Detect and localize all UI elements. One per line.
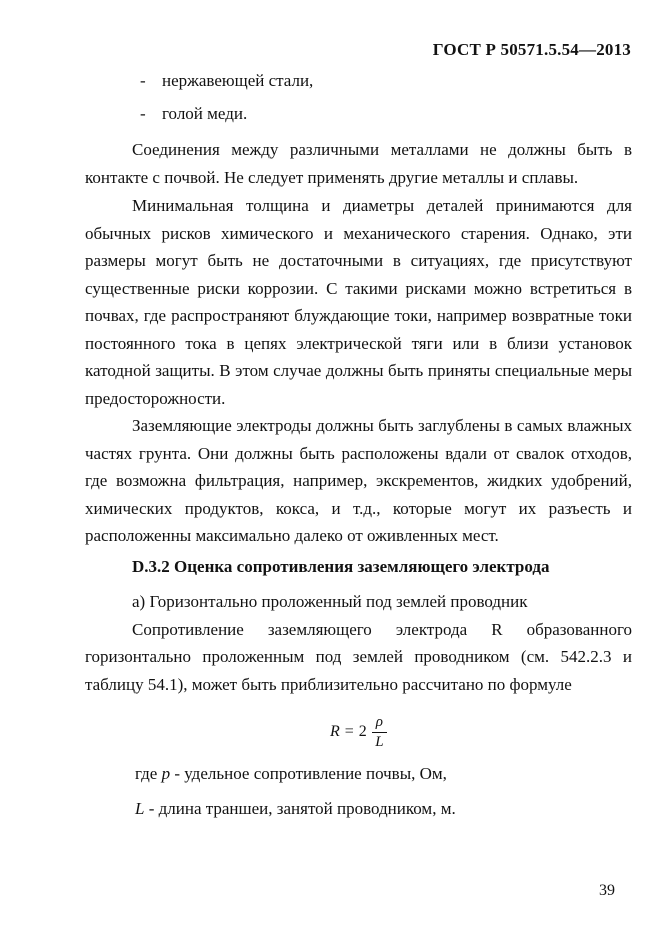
document-content: - нержавеющей стали, - голой меди. Соеди… bbox=[85, 67, 632, 822]
formula-resistance: R = 2 ρ L bbox=[85, 714, 632, 750]
formula-fraction: ρ L bbox=[372, 714, 387, 750]
paragraph-thickness: Минимальная толщина и диаметры деталей п… bbox=[85, 192, 632, 412]
definition-rho: где p - удельное сопротивление почвы, Ом… bbox=[85, 760, 632, 788]
formula-numerator: ρ bbox=[372, 714, 387, 733]
rho-symbol: p bbox=[162, 764, 171, 783]
document-header: ГОСТ Р 50571.5.54—2013 bbox=[0, 0, 661, 60]
list-item-dash: - bbox=[140, 67, 162, 95]
list-item-label: нержавеющей стали, bbox=[162, 67, 313, 95]
section-heading-d32: D.3.2 Оценка сопротивления заземляющего … bbox=[85, 553, 632, 581]
list-item-dash: - bbox=[140, 100, 162, 128]
formula-equals: = bbox=[345, 723, 354, 741]
list-item-label: голой меди. bbox=[162, 100, 247, 128]
definition-rho-text: - удельное сопротивление почвы, Ом, bbox=[170, 764, 447, 783]
formula-denominator: L bbox=[375, 733, 383, 751]
document-page: ГОСТ Р 50571.5.54—2013 - нержавеющей ста… bbox=[0, 0, 661, 935]
list-item-a: а) Горизонтально проложенный под землей … bbox=[85, 588, 632, 616]
formula-coefficient: 2 bbox=[359, 723, 367, 741]
page-number: 39 bbox=[599, 882, 615, 900]
formula-lhs: R bbox=[330, 723, 340, 741]
definition-length-text: - длина траншеи, занятой проводником, м. bbox=[144, 799, 455, 818]
definition-length: L - длина траншеи, занятой проводником, … bbox=[85, 795, 632, 823]
list-item: - нержавеющей стали, bbox=[85, 67, 632, 95]
paragraph-metals: Соединения между различными металлами не… bbox=[85, 136, 632, 191]
definition-prefix: где bbox=[135, 764, 162, 783]
list-item: - голой меди. bbox=[85, 100, 632, 128]
paragraph-electrodes: Заземляющие электроды должны быть заглуб… bbox=[85, 412, 632, 550]
paragraph-resistance: Сопротивление заземляющего электрода R о… bbox=[85, 616, 632, 699]
